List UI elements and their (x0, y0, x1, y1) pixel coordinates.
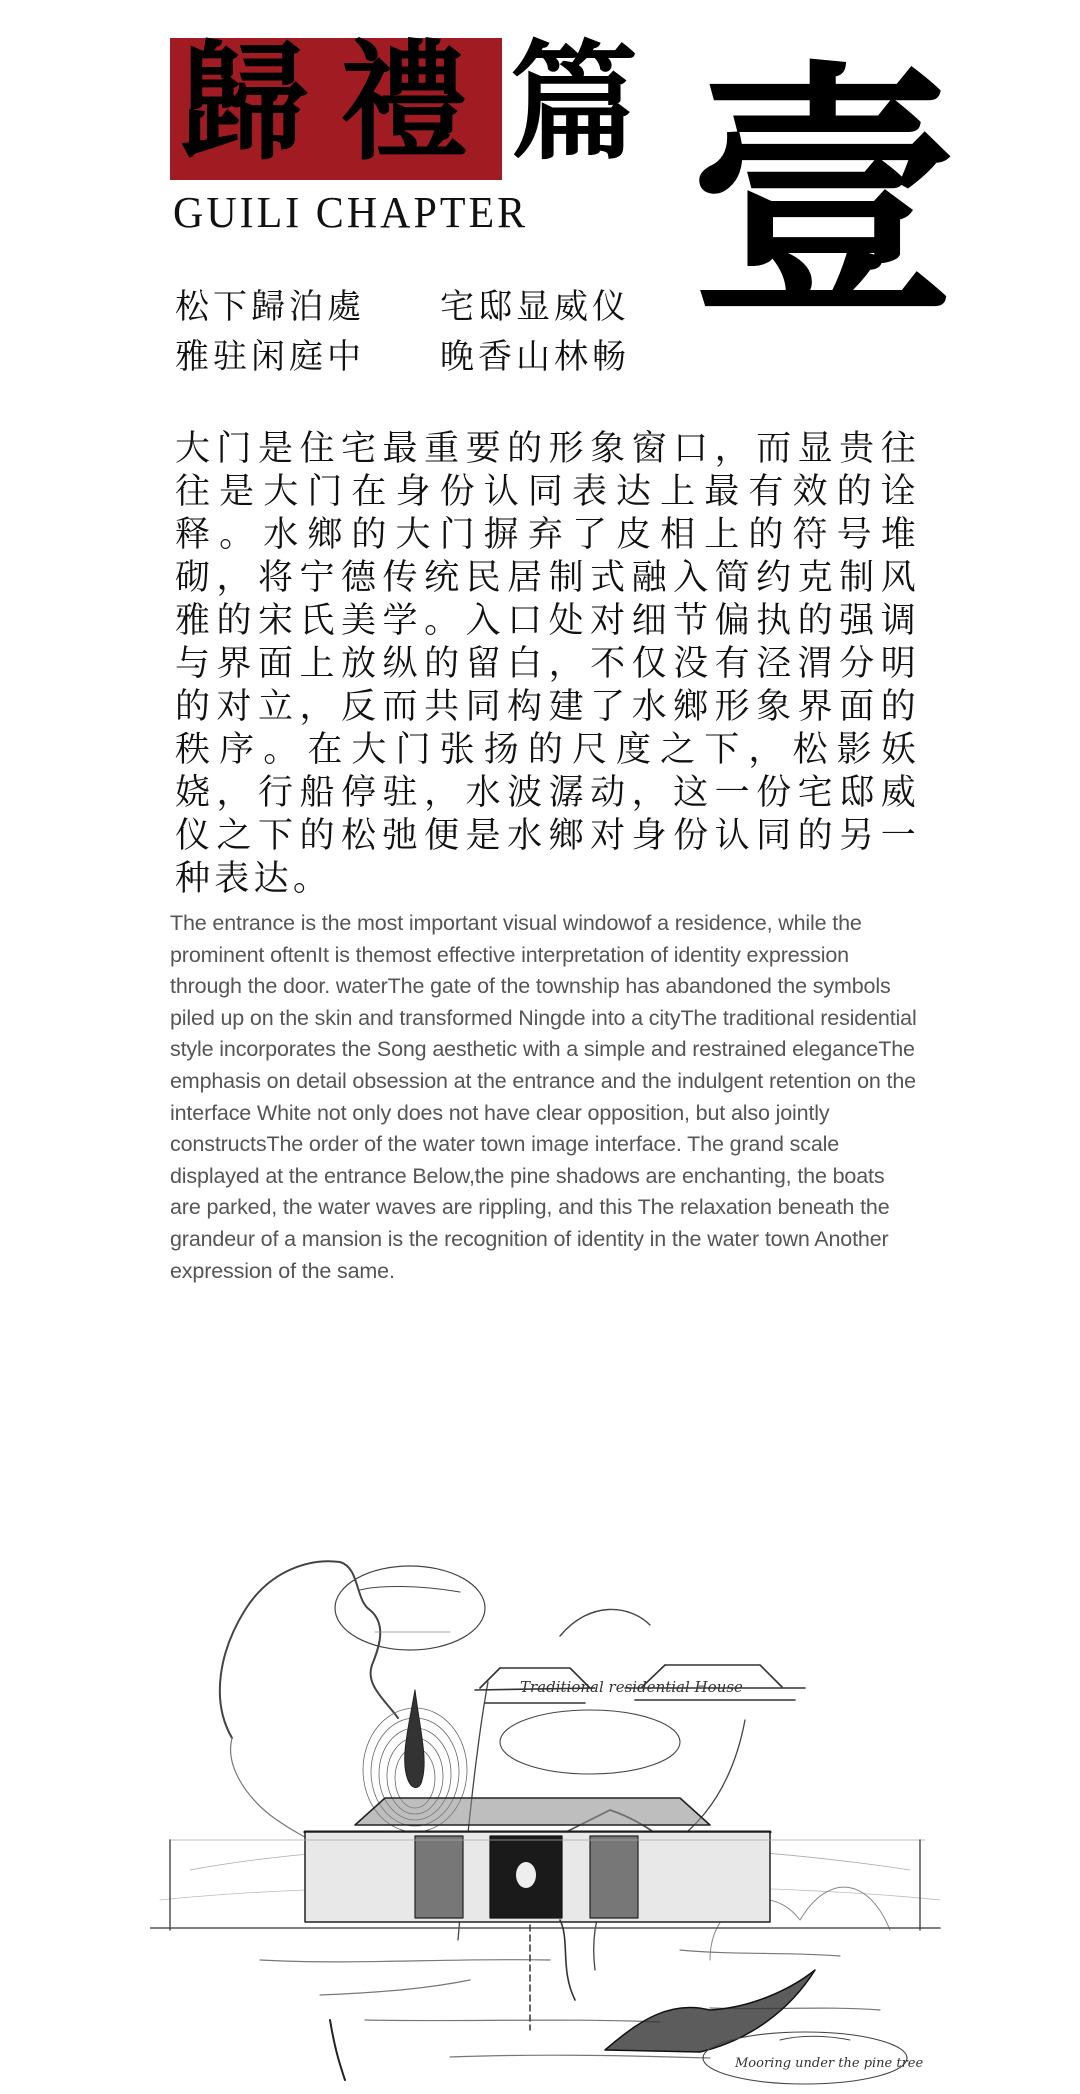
architectural-sketch (150, 1540, 950, 2094)
poem-verse: 松下歸泊處 (175, 282, 440, 332)
body-text-english: The entrance is the most important visua… (170, 908, 920, 1287)
poem-line: 松下歸泊處 宅邸显威仪 (175, 282, 705, 332)
sketch-drawing (150, 1540, 950, 2094)
sketch-annotation-traditional-house: Traditional residential House (520, 1678, 743, 1696)
title-char-gui: 歸 (180, 32, 308, 174)
chapter-numeral: 壹 (686, 40, 961, 350)
title-char-pian: 篇 (510, 32, 638, 174)
chapter-subtitle: GUILI CHAPTER (173, 188, 528, 238)
poem-line: 雅驻闲庭中 晚香山林畅 (175, 332, 705, 382)
poem-verse: 宅邸显威仪 (440, 282, 705, 332)
poem-verse: 晚香山林畅 (440, 332, 705, 382)
sketch-annotation-mooring: Mooring under the pine tree (735, 2056, 923, 2071)
title-char-li: 禮 (340, 32, 468, 174)
poem-verse: 雅驻闲庭中 (175, 332, 440, 382)
poem: 松下歸泊處 宅邸显威仪 雅驻闲庭中 晚香山林畅 (175, 282, 705, 382)
body-text-chinese: 大门是住宅最重要的形象窗口，而显贵往往是大门在身份认同表达上最有效的诠释。水鄉的… (175, 428, 920, 901)
